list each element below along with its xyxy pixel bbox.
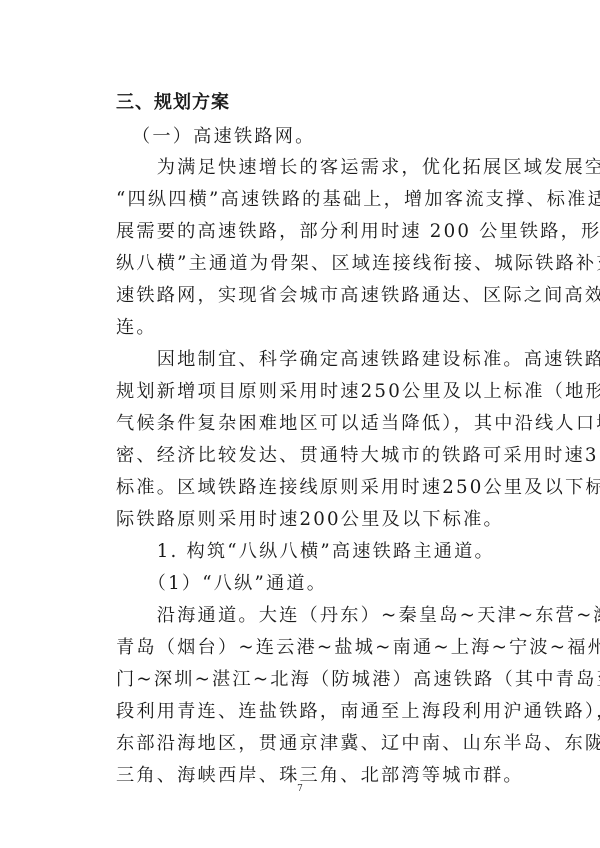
page-number: 7 <box>0 784 600 794</box>
paragraph-line: 连。 <box>116 317 516 339</box>
list-heading: 1. 构筑“八纵八横”高速铁路主通道。 <box>116 541 516 563</box>
paragraph-line: 展需要的高速铁路，部分利用时速 200 公里铁路，形成以“八 <box>116 221 516 243</box>
paragraph-line: 为满足快速增长的客运需求，优化拓展区域发展空间，在 <box>116 157 516 179</box>
list-subheading: （1）“八纵”通道。 <box>116 573 516 595</box>
document-page: 三、规划方案 （一）高速铁路网。 为满足快速增长的客运需求，优化拓展区域发展空间… <box>0 0 600 848</box>
paragraph-line: 标准。区域铁路连接线原则采用时速250公里及以下标准。城 <box>116 477 516 499</box>
section-heading: 三、规划方案 <box>116 92 516 114</box>
paragraph-line: 密、经济比较发达、贯通特大城市的铁路可采用时速350公里 <box>116 445 516 467</box>
subsection-heading: （一）高速铁路网。 <box>132 126 532 148</box>
paragraph-line: 因地制宜、科学确定高速铁路建设标准。高速铁路主通道 <box>116 349 516 371</box>
paragraph-line: 门~深圳~湛江~北海（防城港）高速铁路（其中青岛至盐城 <box>116 669 516 691</box>
paragraph-line: 东部沿海地区，贯通京津冀、辽中南、山东半岛、东陇海、长 <box>116 733 516 755</box>
paragraph-line: 纵八横”主通道为骨架、区域连接线衔接、城际铁路补充的高 <box>116 253 516 275</box>
paragraph-line: 沿海通道。大连（丹东）~秦皇岛~天津~东营~潍坊~ <box>116 605 516 627</box>
paragraph-line: 气候条件复杂困难地区可以适当降低），其中沿线人口城镇稠 <box>116 413 516 435</box>
paragraph-line: 青岛（烟台）~连云港~盐城~南通~上海~宁波~福州~厦 <box>116 637 516 659</box>
paragraph-line: 段利用青连、连盐铁路，南通至上海段利用沪通铁路），连接 <box>116 701 516 723</box>
paragraph-line: 规划新增项目原则采用时速250公里及以上标准（地形地质及 <box>116 381 516 403</box>
paragraph-line: “四纵四横”高速铁路的基础上，增加客流支撑、标准适宜、发 <box>116 189 516 211</box>
paragraph-line: 际铁路原则采用时速200公里及以下标准。 <box>116 509 516 531</box>
paragraph-line: 速铁路网，实现省会城市高速铁路通达、区际之间高效便捷相 <box>116 285 516 307</box>
